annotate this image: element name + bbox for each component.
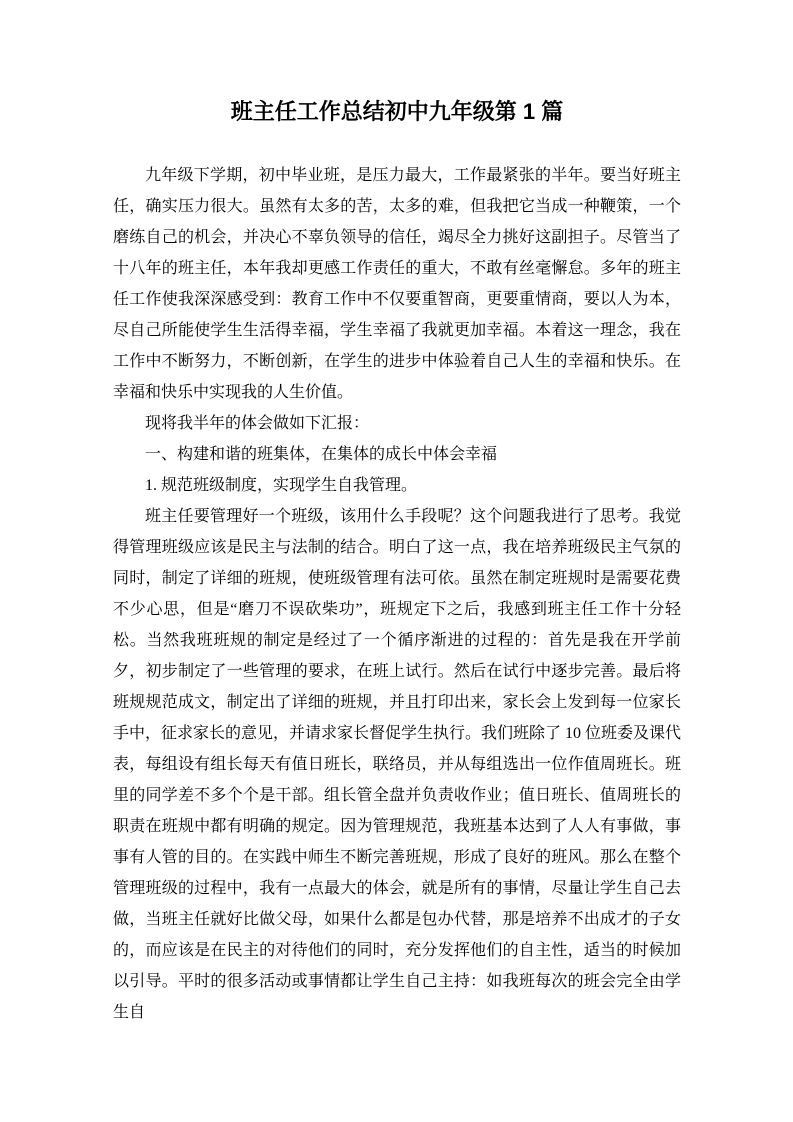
paragraph-report-lead-in: 现将我半年的体会做如下汇报： [113, 408, 681, 439]
paragraph-section-heading: 一、构建和谐的班集体，在集体的成长中体会幸福 [113, 439, 681, 470]
document-title: 班主任工作总结初中九年级第 1 篇 [113, 96, 681, 127]
paragraph-intro: 九年级下学期，初中毕业班，是压力最大，工作最紧张的半年。要当好班主任，确实压力很… [113, 160, 681, 408]
document-page: 班主任工作总结初中九年级第 1 篇 九年级下学期，初中毕业班，是压力最大，工作最… [0, 0, 793, 1122]
document-content: 班主任工作总结初中九年级第 1 篇 九年级下学期，初中毕业班，是压力最大，工作最… [0, 0, 793, 1028]
paragraph-subsection-heading: 1. 规范班级制度，实现学生自我管理。 [113, 470, 681, 501]
paragraph-body: 班主任要管理好一个班级，该用什么手段呢？这个问题我进行了思考。我觉得管理班级应该… [113, 501, 681, 1028]
